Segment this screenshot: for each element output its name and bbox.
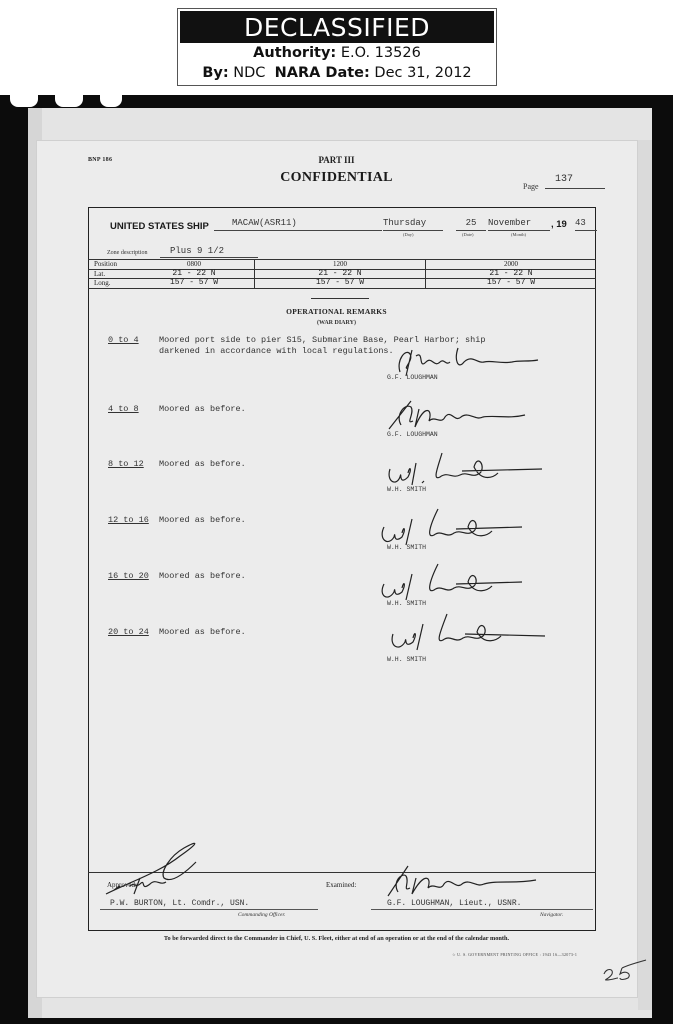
part-heading: PART III xyxy=(0,155,673,165)
watch-period: 0 to 4 xyxy=(108,335,139,345)
film-notch xyxy=(10,95,38,107)
section-divider xyxy=(311,298,369,299)
authority-label: Authority: xyxy=(253,45,336,61)
by-label: By: xyxy=(202,65,228,81)
remark-text: Moored as before. xyxy=(159,571,246,582)
watch-period: 16 to 20 xyxy=(108,571,149,581)
watch-period: 20 to 24 xyxy=(108,627,149,637)
signature-burton xyxy=(100,842,210,902)
nara-value: Dec 31, 2012 xyxy=(374,65,471,81)
page-number: 137 xyxy=(545,174,605,189)
examiner-signature-line xyxy=(371,909,593,910)
remark-text: Moored as before. xyxy=(159,459,246,470)
examiner-role: Navigator. xyxy=(540,912,563,918)
remarks-subtitle: (WAR DIARY) xyxy=(0,320,673,326)
approver-signature-line xyxy=(100,909,318,910)
month-caption: (Month) xyxy=(511,232,526,237)
signature-loughman xyxy=(380,862,550,902)
remarks-title: OPERATIONAL REMARKS xyxy=(0,307,673,316)
remark-text: Moored as before. xyxy=(159,627,246,638)
remark-text: Moored as before. xyxy=(159,404,246,415)
film-notch xyxy=(55,95,83,107)
remark-text: Moored as before. xyxy=(159,515,246,526)
day-value: Thursday xyxy=(383,218,443,231)
zone-label: Zone description xyxy=(107,250,148,256)
nara-label: NARA Date: xyxy=(275,65,370,81)
declassified-stamp: DECLASSIFIED Authority: E.O. 13526 By: N… xyxy=(177,8,497,86)
position-header-row: Position 0800 1200 2000 xyxy=(88,260,596,270)
day-caption: (Day) xyxy=(403,232,414,237)
signature-smith xyxy=(385,610,555,656)
watch-period: 4 to 8 xyxy=(108,404,139,414)
month-value: November xyxy=(488,218,550,231)
date-caption: (Date) xyxy=(462,232,474,237)
zone-value: Plus 9 1/2 xyxy=(160,246,258,258)
stamp-by: By: NDC NARA Date: Dec 31, 2012 xyxy=(178,63,496,83)
watch-period: 8 to 12 xyxy=(108,459,144,469)
time-header: 0800 xyxy=(134,260,255,270)
date-value: 25 xyxy=(456,218,486,231)
long-label: Long. xyxy=(88,279,134,289)
handwritten-page-number: 25 xyxy=(600,958,650,987)
by-value: NDC xyxy=(233,65,265,81)
page-label: Page xyxy=(523,182,539,191)
watch-period: 12 to 16 xyxy=(108,515,149,525)
year-value: 43 xyxy=(575,218,597,231)
long-value: 157 - 57 W xyxy=(426,279,597,289)
year-prefix: , 19 xyxy=(551,219,567,230)
signature-smith xyxy=(382,447,552,491)
longitude-row: Long. 157 - 57 W 157 - 57 W 157 - 57 W xyxy=(88,279,596,289)
sheet-edge-right xyxy=(638,140,652,1010)
position-table: Position 0800 1200 2000 Lat. 21 - 22 N 2… xyxy=(88,259,596,289)
examined-label: Examined: xyxy=(326,881,356,889)
ship-name: MACAW(ASR11) xyxy=(214,218,382,231)
ship-label: UNITED STATES SHIP xyxy=(110,221,209,232)
watch-officer-name: W.H. SMITH xyxy=(387,656,426,663)
long-value: 157 - 57 W xyxy=(255,279,426,289)
printer-imprint: ☆ U. S. GOVERNMENT PRINTING OFFICE : 194… xyxy=(452,952,577,957)
stamp-title: DECLASSIFIED xyxy=(180,11,494,43)
approver-name: P.W. BURTON, Lt. Comdr., USN. xyxy=(110,899,249,908)
signature-loughman xyxy=(388,340,548,380)
long-value: 157 - 57 W xyxy=(134,279,255,289)
stamp-authority: Authority: E.O. 13526 xyxy=(178,43,496,63)
approver-role: Commanding Officer. xyxy=(238,912,285,918)
examiner-name: G.F. LOUGHMAN, Lieut., USNR. xyxy=(387,899,521,908)
signature-smith xyxy=(372,505,542,549)
film-notch xyxy=(100,95,122,107)
time-header: 2000 xyxy=(426,260,597,270)
handwritten-25-icon xyxy=(600,958,650,982)
position-header: Position xyxy=(88,260,134,270)
lat-label: Lat. xyxy=(88,269,134,279)
authority-value: E.O. 13526 xyxy=(341,45,421,61)
signature-smith xyxy=(372,560,542,604)
time-header: 1200 xyxy=(255,260,426,270)
forwarding-instructions: To be forwarded direct to the Commander … xyxy=(0,935,673,942)
signature-loughman xyxy=(385,395,545,435)
